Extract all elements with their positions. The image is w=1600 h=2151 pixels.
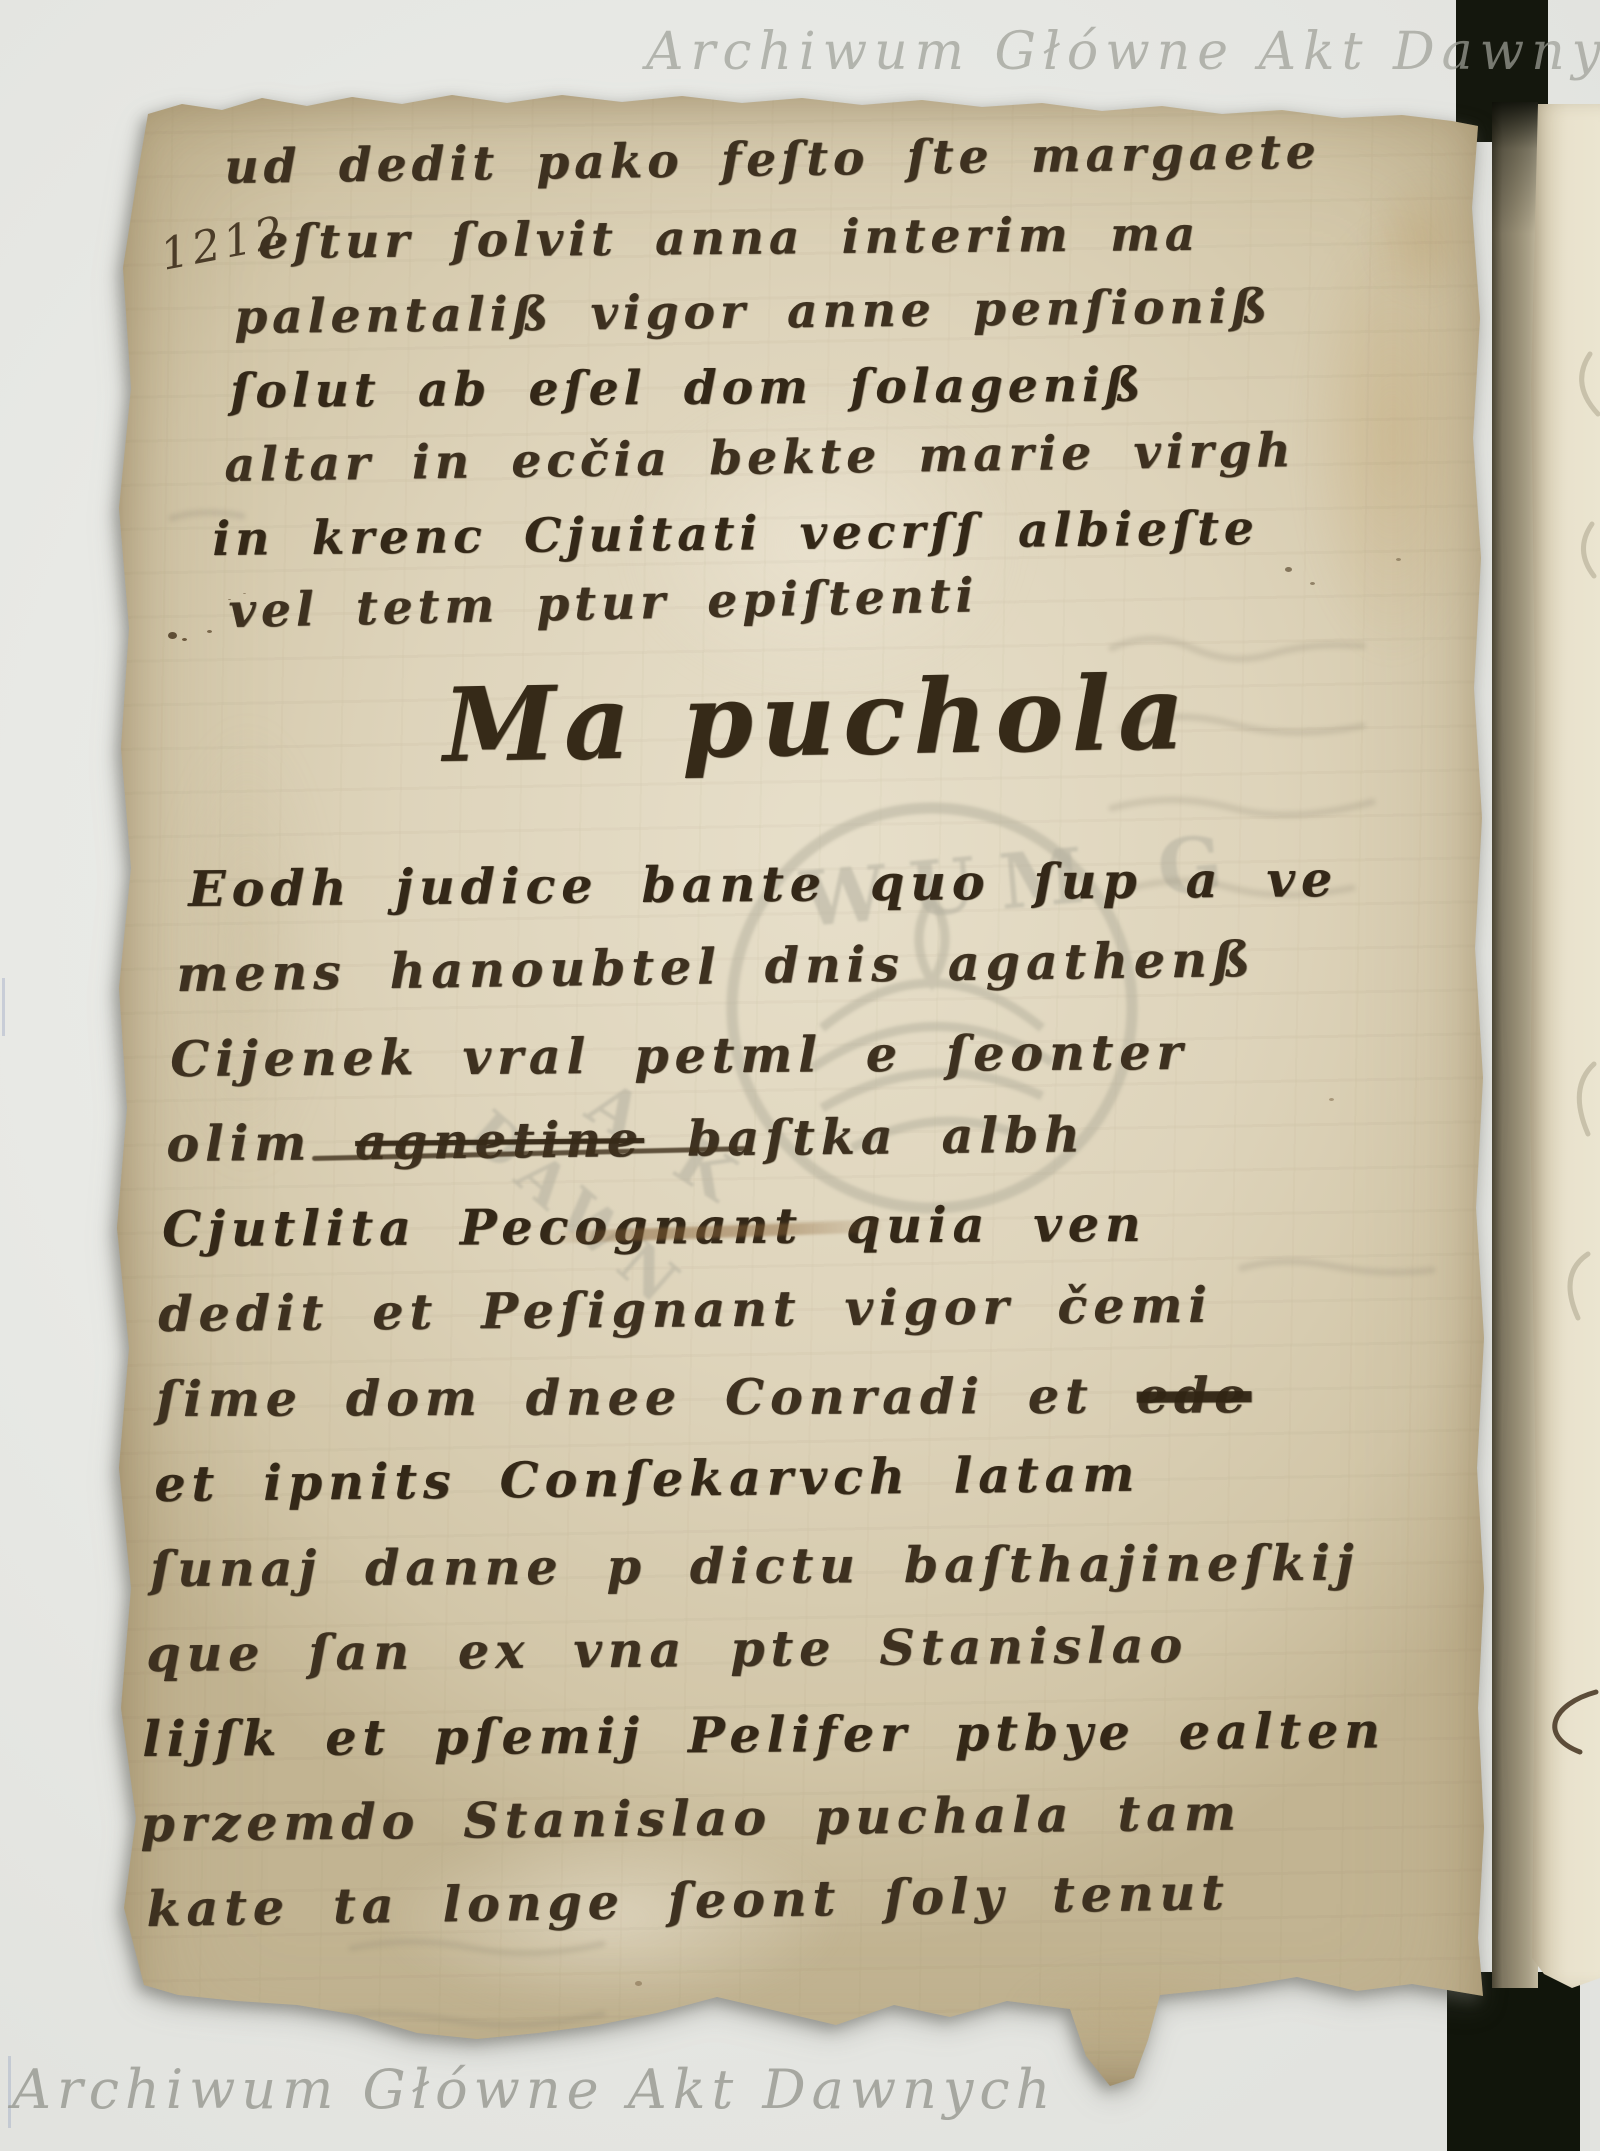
manuscript-line: ſunaj danne p dictu baſthajineſkij: [150, 1534, 1360, 1598]
water-stain: [1262, 128, 1522, 748]
struck-word: agnetine: [355, 1110, 644, 1171]
manuscript-line: altar in ecčia bekte marie virgh: [224, 423, 1296, 493]
manuscript-line: przemdo Stanislao puchala tam: [140, 1783, 1242, 1853]
backdrop-thread-mark: [2, 978, 5, 1036]
manuscript-line: in krenc Cjuitati vecrſſ albieſte: [212, 501, 1259, 567]
manuscript-line: Eodh judice bante quo ſup a ve: [188, 850, 1338, 918]
entry-heading: Ma puchola: [442, 653, 1193, 786]
manuscript-line: ſime dom dnee Conradi et ede: [156, 1366, 1251, 1428]
manuscript-line: dedit et Peſignant vigor čemi: [158, 1276, 1213, 1343]
adjacent-page-edge: [1530, 104, 1600, 1988]
scribbled-word: ede: [1137, 1366, 1252, 1424]
manuscript-line: que ſan ex vna pte Stanislao: [146, 1616, 1188, 1683]
line-segment: olim: [166, 1113, 355, 1173]
backdrop-thread-mark: [8, 2056, 11, 2128]
manuscript-line: Cijenek vral petml e ſeonter: [170, 1023, 1188, 1088]
manuscript-line: et ipnits Conſekarvch latam: [154, 1445, 1140, 1513]
fox-spots: [168, 632, 177, 639]
manuscript-line: ſolut ab eſel dom ſolageniß: [230, 358, 1146, 419]
line-segment: baſtka albh: [644, 1105, 1086, 1168]
adjacent-page-ink-marks: [1530, 104, 1600, 1988]
manuscript-line: mens hanoubtel dnis agathenß: [176, 930, 1256, 1003]
archive-photograph: WUM G A K DAWN 1212 ud dedit pako feſt: [0, 0, 1600, 2151]
manuscript-line: palentaliß vigor anne penſioniß: [234, 279, 1272, 345]
water-stain: [1342, 148, 1502, 328]
manuscript-line: Cjutlita Pecognant quia ven: [162, 1195, 1147, 1258]
manuscript-page: WUM G A K DAWN 1212 ud dedit pako feſt: [112, 88, 1496, 2088]
manuscript-line: kate ta longe ſeont ſoly tenut: [146, 1863, 1230, 1938]
manuscript-line: vel tetm ptur epiſtenti: [228, 568, 979, 639]
eagle-emblem-watermark: [702, 778, 1162, 1238]
manuscript-page-wrap: WUM G A K DAWN 1212 ud dedit pako feſt: [112, 88, 1496, 2088]
manuscript-line: lijſk et pſemij Pelifer ptbye ealten: [142, 1701, 1386, 1768]
manuscript-line: ud dedit pako feſto ſte margaete: [224, 125, 1321, 195]
line-segment: ſime dom dnee Conradi et: [156, 1367, 1137, 1428]
manuscript-line: olim agnetine baſtka albh: [166, 1105, 1086, 1173]
manuscript-line: eſtur ſolvit anna interim ma: [258, 207, 1200, 270]
edge-stain: [952, 1938, 1332, 2088]
